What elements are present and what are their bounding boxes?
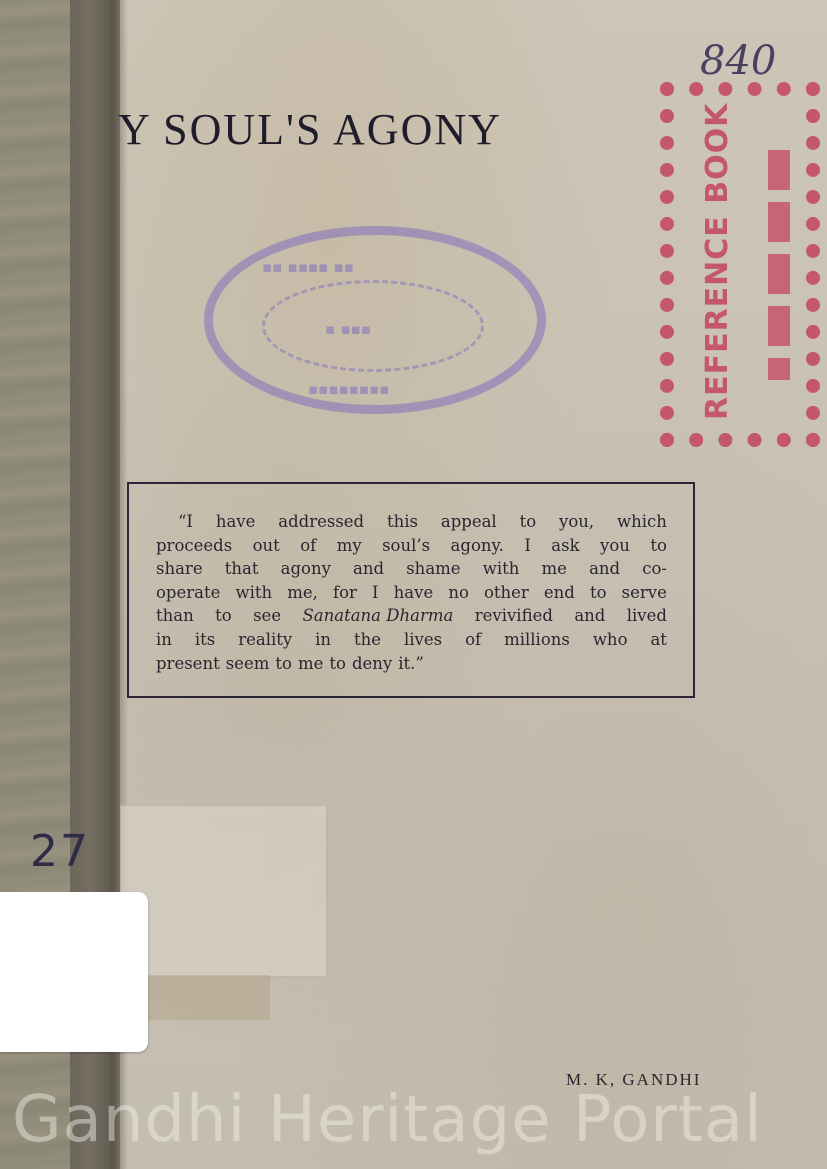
quote-line: presentseemtometodenyit.” xyxy=(156,652,667,676)
quote-line: sharethatagonyandshamewithmeandco- xyxy=(156,557,667,581)
quote-line: proceedsoutofmysoul’sagony.Iaskyouto xyxy=(156,534,667,558)
handwritten-number: 840 xyxy=(700,38,776,84)
library-stamp-inner-ring xyxy=(262,280,484,372)
cover-title: Y SOUL'S AGONY xyxy=(118,104,502,155)
quote-line: thantoseeSanatana Dharmarevivifiedandliv… xyxy=(156,604,667,628)
library-stamp-text: ▪ ▪▪▪ xyxy=(325,320,371,338)
quote-line: operatewithme,forIhavenootherendtoserve xyxy=(156,581,667,605)
reference-stamp-bar xyxy=(768,150,790,380)
quote-line: “Ihaveaddressedthisappealtoyou,which xyxy=(156,510,667,534)
library-stamp-text: ▪▪▪▪▪▪▪▪ xyxy=(308,380,389,398)
quote-box: “Ihaveaddressedthisappealtoyou,whichproc… xyxy=(127,482,695,698)
quote-text: “Ihaveaddressedthisappealtoyou,whichproc… xyxy=(156,510,667,675)
reference-stamp-text: REFERENCE BOOK xyxy=(700,103,735,420)
white-sticker-label xyxy=(0,892,148,1052)
shelf-label-tape xyxy=(120,805,327,977)
reference-stamp-border xyxy=(660,82,820,447)
watermark: Gandhi Heritage Portal xyxy=(12,1083,763,1157)
quote-line: initsrealityinthelivesofmillionswhoat xyxy=(156,628,667,652)
library-stamp-text: ▪▪ ▪▪▪▪ ▪▪ xyxy=(262,258,354,276)
shelf-label-number: 27 xyxy=(30,826,90,877)
book-cover: Y SOUL'S AGONY ▪▪ ▪▪▪▪ ▪▪ ▪ ▪▪▪ ▪▪▪▪▪▪▪▪… xyxy=(0,0,827,1169)
